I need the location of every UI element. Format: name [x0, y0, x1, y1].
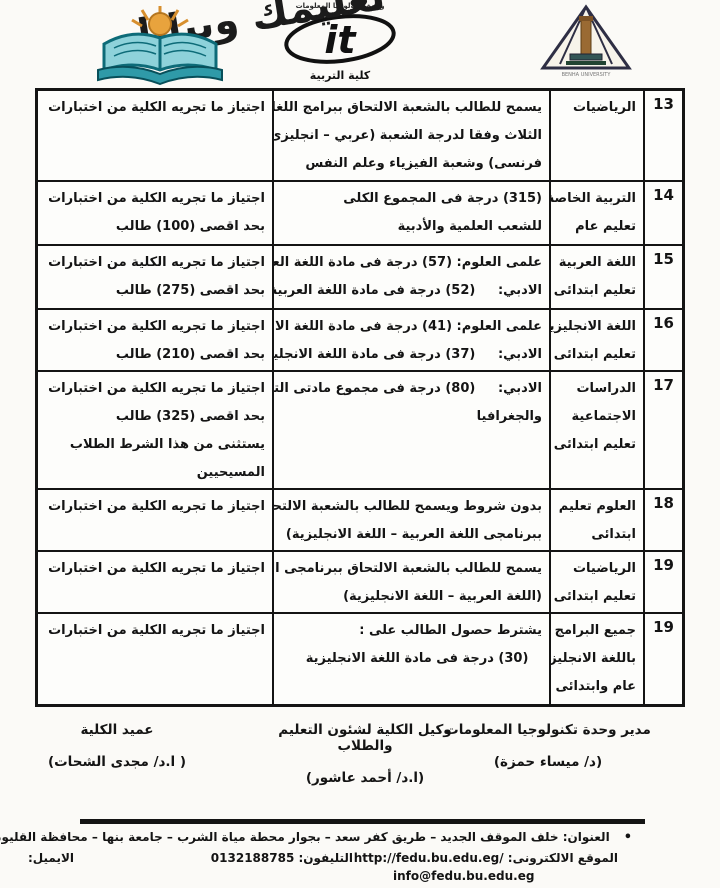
cell-line: الثلاث وفقا لدرجة الشعبة (عربي – انجليزى… — [278, 122, 542, 150]
phone-label: التليفون: — [298, 851, 353, 865]
row-number-cell: 15 — [643, 246, 682, 308]
program-name-cell: العلوم تعليمابتدائى — [549, 490, 643, 550]
website-url: http://fedu.bu.edu.eg/ — [354, 851, 504, 865]
cell-line: الرياضيات — [555, 555, 636, 583]
signature-title: عميد الكلية — [12, 722, 222, 738]
cell-line: الرياضيات — [555, 94, 636, 122]
cell-line: بحد اقصى (100) طالب — [42, 213, 265, 241]
program-name-cell: اللغة الانجليزيةتعليم ابتدائى — [549, 310, 643, 370]
program-name-cell: الرياضيات — [549, 91, 643, 180]
cell-line: اجتياز ما تجريه الكلية من اختبارات — [42, 94, 265, 122]
cell-line: (315) درجة فى المجموع الكلى — [278, 185, 542, 213]
tests-requirement-cell: اجتياز ما تجريه الكلية من اختبارات — [38, 552, 272, 612]
admission-condition-cell: علمى العلوم: (41) درجة فى مادة اللغة الا… — [272, 310, 549, 370]
table-row: 16اللغة الانجليزيةتعليم ابتدائىعلمى العل… — [38, 310, 682, 372]
university-logo-icon: BENHA UNIVERSITY — [540, 4, 632, 80]
table-row: 13الرياضياتيسمح للطالب بالشعبة الالتحاق … — [38, 91, 682, 182]
cell-line: بحد اقصى (210) طالب — [42, 341, 265, 369]
table-row: 19جميع البرامجباللغة الانجليزيةعام وابتد… — [38, 614, 682, 704]
footer-website: الموقع الالكترونى: http://fedu.bu.edu.eg… — [354, 851, 618, 865]
signature-name: ( ا.د/ مجدى الشحات) — [12, 754, 222, 770]
address-text: العنوان: خلف الموقف الجديد – طريق كفر سع… — [0, 830, 610, 844]
cell-line: اجتياز ما تجريه الكلية من اختبارات — [42, 493, 265, 521]
tests-requirement-cell: اجتياز ما تجريه الكلية من اختباراتبحد اق… — [38, 372, 272, 488]
cell-line: بدون شروط ويسمح للطالب بالشعبة الالتحاق — [278, 493, 542, 521]
cell-line: تعليم عام — [555, 213, 636, 241]
cell-line: الدراسات — [555, 375, 636, 403]
signature-dean: عميد الكلية ( ا.د/ مجدى الشحات) — [12, 722, 222, 770]
tests-requirement-cell: اجتياز ما تجريه الكلية من اختبارات — [38, 91, 272, 180]
cell-line: (30) درجة فى مادة اللغة الانجليزية — [278, 645, 542, 673]
admissions-table: 13الرياضياتيسمح للطالب بالشعبة الالتحاق … — [35, 88, 685, 707]
signature-vice-dean: وكيل الكلية لشئون التعليم والطلاب (ا.د/ … — [250, 722, 480, 786]
cell-line: اجتياز ما تجريه الكلية من اختبارات — [42, 555, 265, 583]
tests-requirement-cell: اجتياز ما تجريه الكلية من اختبارات — [38, 490, 272, 550]
footer-phone: التليفون: 0132188785 — [211, 851, 353, 865]
page-header: تعليمك وبيانا وحدة تكنولوجيا المعلومات i… — [0, 0, 720, 88]
cell-line: يسمح للطالب بالشعبة الالتحاق ببرامج اللغ… — [278, 94, 542, 122]
cell-line: اجتياز ما تجريه الكلية من اختبارات — [42, 375, 265, 403]
admission-condition-cell: يشترط حصول الطالب على : (30) درجة فى ماد… — [272, 614, 549, 704]
admission-condition-cell: الادبي: (80) درجة فى مجموع مادتى التاريخ… — [272, 372, 549, 488]
footer-email-address: info@fedu.bu.edu.eg — [393, 869, 534, 883]
cell-line: علمى العلوم: (41) درجة فى مادة اللغة الا… — [278, 313, 542, 341]
cell-line: (اللغة العربية – اللغة الانجليزية) — [278, 583, 542, 611]
cell-line: يستثنى من هذا الشرط الطلاب — [42, 431, 265, 459]
admission-condition-cell: بدون شروط ويسمح للطالب بالشعبة الالتحاقب… — [272, 490, 549, 550]
table-row: 19الرياضياتتعليم ابتدائىيسمح للطالب بالش… — [38, 552, 682, 614]
cell-line: عام وابتدائى — [555, 673, 636, 701]
program-name-cell: اللغة العربيةتعليم ابتدائى — [549, 246, 643, 308]
cell-line: تعليم ابتدائى — [555, 277, 636, 305]
table-row: 15اللغة العربيةتعليم ابتدائىعلمى العلوم:… — [38, 246, 682, 310]
program-name-cell: الدراساتالاجتماعيةتعليم ابتدائى — [549, 372, 643, 488]
row-number-cell: 13 — [643, 91, 682, 180]
it-logo-faculty-caption: كلية التربية — [272, 69, 408, 82]
cell-line: الادبي: (80) درجة فى مجموع مادتى التاريخ — [278, 375, 542, 403]
cell-line: اجتياز ما تجريه الكلية من اختبارات — [42, 313, 265, 341]
svg-text:BENHA UNIVERSITY: BENHA UNIVERSITY — [562, 72, 612, 78]
cell-line: الادبي: (52) درجة فى مادة اللغة العربية — [278, 277, 542, 305]
row-number-cell: 19 — [643, 552, 682, 612]
footer-address: •العنوان: خلف الموقف الجديد – طريق كفر س… — [0, 830, 632, 845]
admission-condition-cell: (315) درجة فى المجموع الكلىللشعب العلمية… — [272, 182, 549, 244]
cell-line: اجتياز ما تجريه الكلية من اختبارات — [42, 617, 265, 645]
table-row: 17الدراساتالاجتماعيةتعليم ابتدائىالادبي:… — [38, 372, 682, 490]
cell-line: فرنسى) وشعبة الفيزياء وعلم النفس — [278, 150, 542, 178]
cell-line: يشترط حصول الطالب على : — [278, 617, 542, 645]
tests-requirement-cell: اجتياز ما تجريه الكلية من اختبارات — [38, 614, 272, 704]
admission-condition-cell: يسمح للطالب بالشعبة الالتحاق ببرامج اللغ… — [272, 91, 549, 180]
cell-line: الاجتماعية — [555, 403, 636, 431]
table-row: 14التربية الخاصةتعليم عام(315) درجة فى ا… — [38, 182, 682, 246]
footer-email-label: الايميل: — [28, 851, 74, 865]
cell-line: اللغة الانجليزية — [555, 313, 636, 341]
website-label: الموقع الالكترونى: — [508, 851, 618, 865]
program-name-cell: الرياضياتتعليم ابتدائى — [549, 552, 643, 612]
cell-line: المسيحيين — [42, 459, 265, 487]
table-row: 18العلوم تعليمابتدائىبدون شروط ويسمح للط… — [38, 490, 682, 552]
cell-line: بحد اقصى (325) طالب — [42, 403, 265, 431]
row-number-cell: 18 — [643, 490, 682, 550]
admission-condition-cell: علمى العلوم: (57) درجة فى مادة اللغة الع… — [272, 246, 549, 308]
row-number-cell: 19 — [643, 614, 682, 704]
tests-requirement-cell: اجتياز ما تجريه الكلية من اختباراتبحد اق… — [38, 246, 272, 308]
cell-line: اللغة العربية — [555, 249, 636, 277]
cell-line: اجتياز ما تجريه الكلية من اختبارات — [42, 249, 265, 277]
cell-line: باللغة الانجليزية — [555, 645, 636, 673]
signature-title: وكيل الكلية لشئون التعليم والطلاب — [250, 722, 480, 754]
footer-divider — [80, 819, 645, 824]
cell-line: العلوم تعليم — [555, 493, 636, 521]
signature-name: (ا.د/ أحمد عاشور) — [250, 770, 480, 786]
program-name-cell: التربية الخاصةتعليم عام — [549, 182, 643, 244]
faculty-logo-icon — [84, 4, 236, 86]
cell-line: علمى العلوم: (57) درجة فى مادة اللغة الع… — [278, 249, 542, 277]
cell-line: تعليم ابتدائى — [555, 341, 636, 369]
admission-condition-cell: يسمح للطالب بالشعبة الالتحاق ببرنامجى ال… — [272, 552, 549, 612]
bullet-icon: • — [624, 830, 632, 845]
cell-line: يسمح للطالب بالشعبة الالتحاق ببرنامجى ال… — [278, 555, 542, 583]
tests-requirement-cell: اجتياز ما تجريه الكلية من اختباراتبحد اق… — [38, 310, 272, 370]
faculty-logo — [84, 4, 236, 86]
row-number-cell: 16 — [643, 310, 682, 370]
cell-line: والجغرافيا — [278, 403, 542, 431]
row-number-cell: 17 — [643, 372, 682, 488]
cell-line: تعليم ابتدائى — [555, 583, 636, 611]
cell-line: بحد اقصى (275) طالب — [42, 277, 265, 305]
cell-line: ابتدائى — [555, 521, 636, 549]
cell-line: ببرنامجى اللغة العربية – اللغة الانجليزي… — [278, 521, 542, 549]
row-number-cell: 14 — [643, 182, 682, 244]
cell-line: للشعب العلمية والأدبية — [278, 213, 542, 241]
cell-line: اجتياز ما تجريه الكلية من اختبارات — [42, 185, 265, 213]
phone-number: 0132188785 — [211, 851, 295, 865]
tests-requirement-cell: اجتياز ما تجريه الكلية من اختباراتبحد اق… — [38, 182, 272, 244]
cell-line: تعليم ابتدائى — [555, 431, 636, 459]
cell-line: التربية الخاصة — [555, 185, 636, 213]
program-name-cell: جميع البرامجباللغة الانجليزيةعام وابتدائ… — [549, 614, 643, 704]
cell-line: الادبي: (37) درجة فى مادة اللغة الانجليز… — [278, 341, 542, 369]
cell-line: جميع البرامج — [555, 617, 636, 645]
university-logo: BENHA UNIVERSITY — [540, 4, 632, 80]
